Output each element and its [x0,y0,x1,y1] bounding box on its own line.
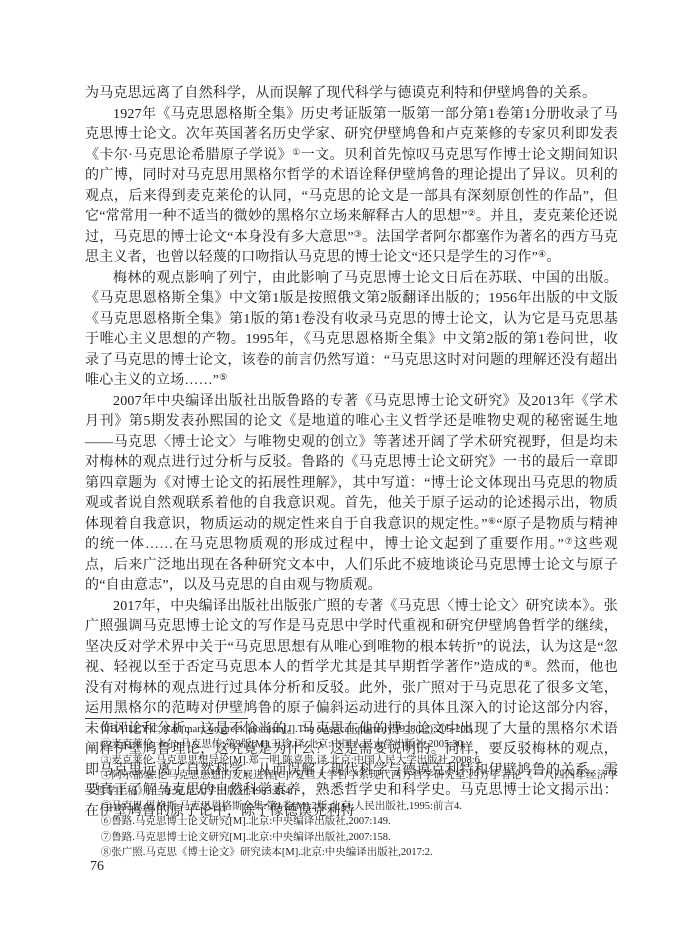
footnote-item-7: ⑦鲁路.马克思博士论文研究[M].北京:中央编译出版社,2007:158. [85,830,618,845]
footnote-item-5: ⑤马克思,恩格斯.马克思恩格斯全集:第1卷[M].2版.北京:人民出版社,199… [85,799,618,814]
footnote-item-3: ③麦克莱伦.马克思思想导论[M].郑一明,陈喜贵,译.北京:中国人民大学出版社,… [85,753,618,768]
document-page: 为马克思远离了自然科学，从而误解了现代科学与德谟克利特和伊壁鸠鲁的关系。 192… [0,0,700,943]
footnote-item-2: ②麦克莱伦.卡尔·马克思传:第3版[M].王珍,译.北京:中国人民大学出版社,2… [85,737,618,752]
article-body: 为马克思远离了自然科学，从而误解了现代科学与德谟克利特和伊壁鸠鲁的关系。 192… [85,84,618,822]
body-paragraph-2007: 2007年中央编译出版社出版鲁路的专著《马克思博士论文研究》及2013年《学术月… [85,392,618,597]
page-number: 76 [90,859,104,875]
body-paragraph-continuation: 为马克思远离了自然科学，从而误解了现代科学与德谟克利特和伊壁鸠鲁的关系。 [85,84,618,105]
footnote-item-4: ④阿尔都塞.论马克思思想的发展进程[C]//复旦大学哲学系现代西方哲学研究室.西… [85,768,618,799]
footnote-list: ①BAILEY C. Karl marx on greek atomism[J]… [85,722,618,861]
body-paragraph-1927: 1927年《马克思恩格斯全集》历史考证版第一版第一部分第1卷第1分册收录了马克思… [85,105,618,269]
footnote-item-6: ⑥鲁路.马克思博士论文研究[M].北京:中央编译出版社,2007:149. [85,814,618,829]
footnote-separator-rule [85,718,248,719]
footnote-item-1: ①BAILEY C. Karl marx on greek atomism[J]… [85,722,618,737]
body-paragraph-mehring: 梅林的观点影响了列宁，由此影响了马克思博士论文日后在苏联、中国的出版。《马克思恩… [85,269,618,392]
footnote-item-8: ⑧张广照.马克思《博士论文》研究读本[M].北京:中央编译出版社,2017:2. [85,845,618,860]
